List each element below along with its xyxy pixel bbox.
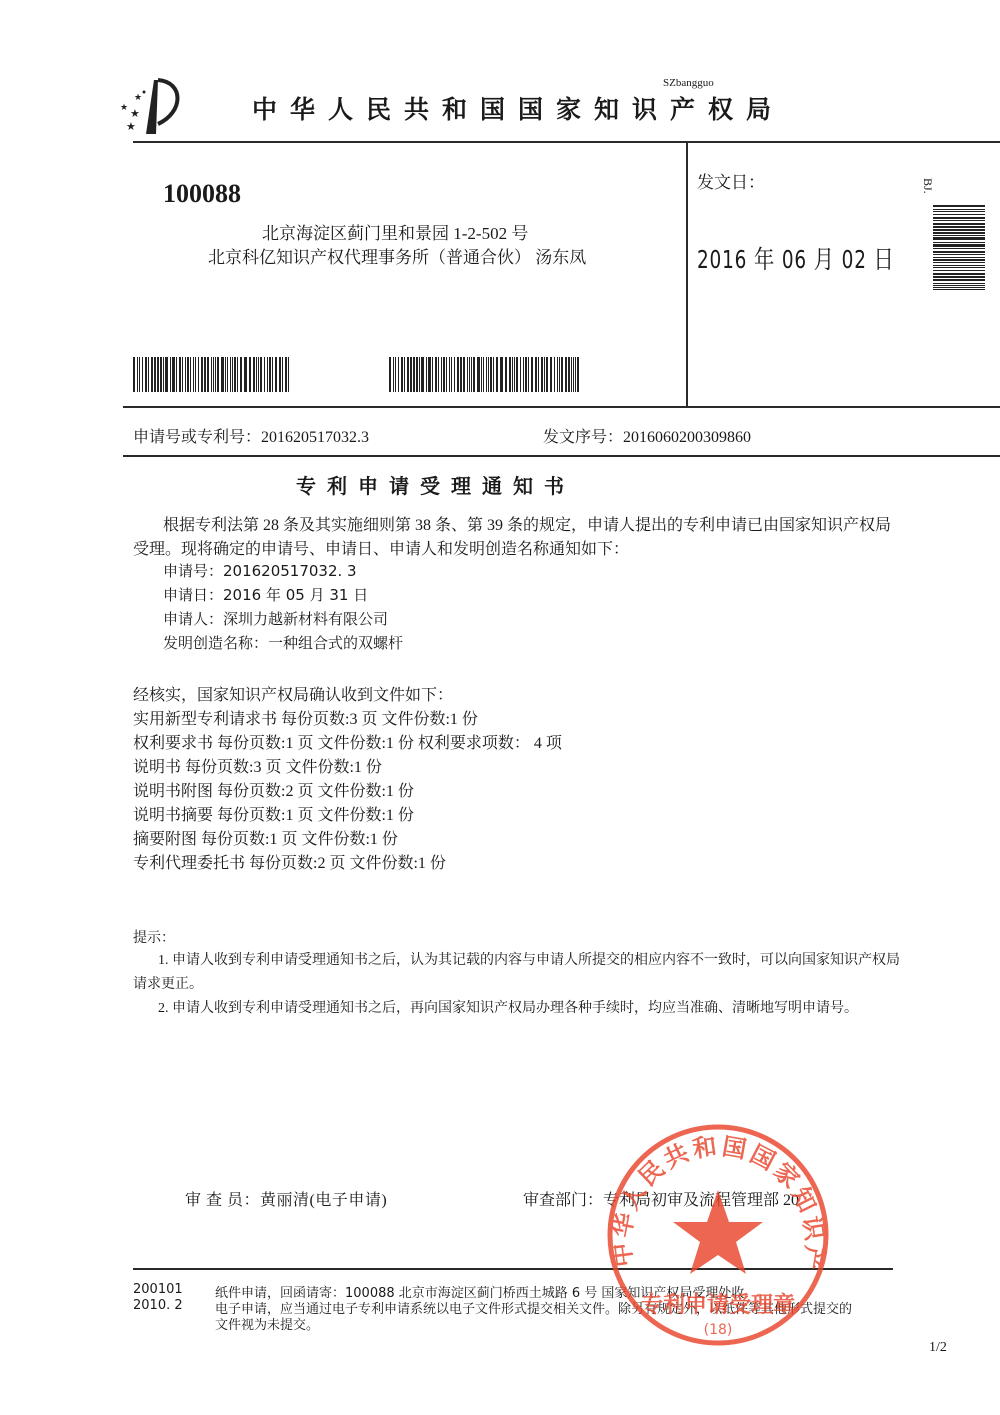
svg-text:★: ★ <box>120 103 128 113</box>
svg-text:★: ★ <box>134 93 142 103</box>
tip-2: 2. 申请人收到专利申请受理通知书之后，再向国家知识产权局办理各种手续时，均应当… <box>158 997 858 1017</box>
tip-1: 1. 申请人收到专利申请受理通知书之后，认为其记载的内容与申请人所提交的相应内容… <box>158 949 900 969</box>
received-file-item: 权利要求书 每份页数:1 页 文件份数:1 份 权利要求项数： 4 项 <box>133 730 562 753</box>
field-invention-title: 发明创造名称：一种组合式的双螺杆 <box>163 632 403 653</box>
cnipa-emblem-icon: ★ ★ ★ ★ <box>112 72 182 137</box>
received-files-heading: 经核实，国家知识产权局确认收到文件如下： <box>133 682 453 705</box>
dispatch-serial-line: 发文序号：2016060200309860 <box>543 424 751 447</box>
svg-text:(18): (18) <box>704 1322 733 1338</box>
dispatch-date-label: 发文日： <box>697 168 765 193</box>
org-title: 中华人民共和国国家知识产权局 <box>252 90 784 126</box>
footer-electronic-filing-note-cont: 文件视为未提交。 <box>215 1314 319 1333</box>
star-icon <box>673 1190 763 1274</box>
received-file-item: 说明书 每份页数:3 页 文件份数:1 份 <box>133 754 382 777</box>
recipient-agency: 北京科亿知识产权代理事务所（普通合伙） 汤东凤 <box>208 243 586 268</box>
received-file-item: 实用新型专利请求书 每份页数:3 页 文件份数:1 份 <box>133 706 478 729</box>
svg-text:★: ★ <box>126 120 136 133</box>
field-application-number: 申请号：201620517032. 3 <box>163 560 357 581</box>
field-applicant: 申请人：深圳力越新材料有限公司 <box>163 608 388 629</box>
svg-text:专利申请受理章: 专利申请受理章 <box>641 1292 795 1318</box>
form-code: 200101 <box>133 1282 183 1297</box>
tip-1-continued: 请求更正。 <box>133 973 203 993</box>
barcode-divider <box>123 406 1000 408</box>
intro-paragraph-line-2: 受理。现将确定的申请号、申请日、申请人和发明创造名称通知如下： <box>133 536 629 559</box>
form-version: 2010. 2 <box>133 1298 183 1313</box>
examiner: 审 查 员：黄丽清(电子申请) <box>185 1187 387 1210</box>
side-barcode-label: BJ. <box>920 178 935 194</box>
tips-heading: 提示： <box>133 927 175 947</box>
date-column-divider <box>686 141 688 407</box>
official-seal-stamp: 中华人民共和国国家知识产权局 专利申请受理章 (18) <box>605 1122 831 1348</box>
received-file-item: 专利代理委托书 每份页数:2 页 文件份数:1 份 <box>133 850 446 873</box>
postcode: 100088 <box>163 179 241 209</box>
received-file-item: 说明书附图 每份页数:2 页 文件份数:1 份 <box>133 778 414 801</box>
recipient-address: 北京海淀区蓟门里和景园 1-2-502 号 <box>262 219 528 244</box>
intro-paragraph-line-1: 根据专利法第 28 条及其实施细则第 38 条、第 39 条的规定，申请人提出的… <box>163 512 891 535</box>
svg-text:★: ★ <box>130 107 140 120</box>
received-file-item: 说明书摘要 每份页数:1 页 文件份数:1 份 <box>133 802 414 825</box>
page-number: 1/2 <box>929 1340 947 1356</box>
header-divider <box>133 141 1000 143</box>
application-number-line: 申请号或专利号：201620517032.3 <box>133 424 369 447</box>
barcode-left <box>133 357 290 392</box>
field-application-date: 申请日：2016 年 05 月 31 日 <box>163 584 368 605</box>
received-file-item: 摘要附图 每份页数:1 页 文件份数:1 份 <box>133 826 398 849</box>
barcode-right <box>389 357 579 392</box>
side-barcode <box>933 205 985 290</box>
scan-tag: SZbangguo <box>663 77 714 89</box>
dispatch-date: 2016 年 06 月 02 日 <box>697 240 895 276</box>
reference-divider <box>123 455 1000 457</box>
document-title: 专利申请受理通知书 <box>296 470 575 499</box>
